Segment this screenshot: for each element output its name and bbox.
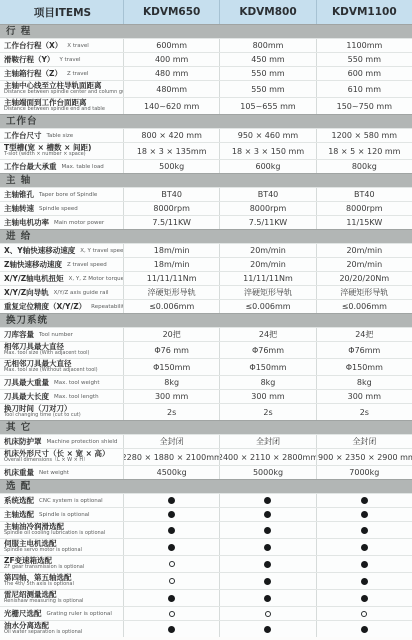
- row-label-en: Tool changing time (cut to cut): [4, 413, 81, 419]
- value-cell: 480mm: [123, 81, 219, 97]
- value-cell: Φ76 mm: [123, 342, 219, 358]
- spec-row: 无相邻刀具最大直径Max. tool size (Without adjacen…: [0, 358, 412, 375]
- value-cell: 400 mm: [123, 53, 219, 66]
- row-label: 第四轴、第五轴选配The 4th/ 5th axis is optional: [0, 573, 123, 589]
- spec-row: 系统选配CNC system is optional: [0, 493, 412, 507]
- spec-row: 主轴锥孔Taper bore of SpindleBT40BT40BT40: [0, 187, 412, 201]
- row-label: ZF变速箱选配ZF gear transmission is optional: [0, 556, 123, 572]
- row-label-en: X, Y travel speed: [80, 248, 123, 254]
- value-cell: 20把: [123, 328, 219, 341]
- value-cell: 8kg: [123, 376, 219, 389]
- option-cell: [316, 573, 412, 589]
- option-cell: [123, 621, 219, 637]
- section-band: 工作台: [0, 114, 412, 128]
- row-label: 主轴选配Spindle is optional: [0, 508, 123, 521]
- value-cell: 11/11/11Nm: [123, 272, 219, 285]
- row-label: 滑鞍行程（Y）Y travel: [0, 53, 123, 66]
- value-cell: 18m/min: [123, 258, 219, 271]
- row-label-zh: 主轴选配: [4, 509, 34, 520]
- option-cell: [316, 607, 412, 620]
- row-label: 工作台最大承重Max. table load: [0, 160, 123, 173]
- filled-dot-icon: [264, 527, 271, 534]
- row-label-en: Spindle servo motor is optional: [4, 548, 82, 554]
- option-cell: [123, 573, 219, 589]
- value-cell: 24把: [316, 328, 412, 341]
- value-cell: 淬硬矩形导轨: [123, 286, 219, 299]
- value-cell: 950 × 460 mm: [219, 129, 315, 142]
- row-label-en: Max. tool size (With adjacent tool): [4, 351, 89, 357]
- row-label-en: Max. tool size (Without adjacent tool): [4, 368, 98, 374]
- option-cell: [123, 556, 219, 572]
- row-label: 油水分离选配Oil water separation is optional: [0, 621, 123, 637]
- spec-row: 刀具最大长度Max. tool length300 mm300 mm300 mm: [0, 389, 412, 403]
- section-title: 进 给: [0, 232, 31, 242]
- row-label-zh: 工作台行程（X）: [4, 40, 62, 51]
- filled-dot-icon: [361, 626, 368, 633]
- spec-row: 主轴端面到工作台面距离Distance between spindle end …: [0, 97, 412, 114]
- option-cell: [316, 590, 412, 606]
- spec-row: 工作台尺寸Table size800 × 420 mm950 × 460 mm1…: [0, 128, 412, 142]
- row-label: 主轴油冷润滑选配Spindle oil cooling lubrication …: [0, 522, 123, 538]
- option-cell: [316, 621, 412, 637]
- row-label: 主轴锥孔Taper bore of Spindle: [0, 188, 123, 201]
- filled-dot-icon: [168, 511, 175, 518]
- value-cell: 8000rpm: [316, 202, 412, 215]
- spec-row: 主轴箱行程（Z）Z travel480 mm550 mm600 mm: [0, 66, 412, 80]
- row-label-en: Spindle is optional: [39, 512, 90, 518]
- section-title: 行 程: [0, 27, 31, 37]
- spec-row: 刀具最大重量Max. tool weight8kg8kg8kg: [0, 375, 412, 389]
- row-label-zh: 刀库容量: [4, 329, 34, 340]
- row-label-en: Z travel speed: [67, 262, 107, 268]
- filled-dot-icon: [361, 561, 368, 568]
- row-label: X、Y轴快速移动速度X, Y travel speed: [0, 244, 123, 257]
- row-label: 刀具最大长度Max. tool length: [0, 390, 123, 403]
- header-model-kdvm800: KDVM800: [219, 0, 315, 24]
- value-cell: 300 mm: [123, 390, 219, 403]
- spec-row: 工作台最大承重Max. table load500kg600kg800kg: [0, 159, 412, 173]
- filled-dot-icon: [361, 544, 368, 551]
- option-cell: [316, 556, 412, 572]
- filled-dot-icon: [264, 561, 271, 568]
- spec-row: 主轴中心线至立柱导轨面距离Distance between spindle ce…: [0, 80, 412, 97]
- row-label: 机床外形尺寸（长 × 宽 × 高）Overall dimensions（L × …: [0, 449, 123, 465]
- spec-row: 机床防护罩Machine protection shield全封闭全封闭全封闭: [0, 434, 412, 448]
- option-cell: [123, 539, 219, 555]
- value-cell: 550 mm: [316, 53, 412, 66]
- spec-row: 工作台行程（X）X travel600mm800mm1100mm: [0, 38, 412, 52]
- value-cell: 600mm: [123, 39, 219, 52]
- row-label-en: Max. tool length: [54, 394, 99, 400]
- row-label-zh: 主轴锥孔: [4, 189, 34, 200]
- option-cell: [219, 556, 315, 572]
- value-cell: Φ76mm: [219, 342, 315, 358]
- value-cell: BT40: [316, 188, 412, 201]
- spec-row: X、Y轴快速移动速度X, Y travel speed18m/min20m/mi…: [0, 243, 412, 257]
- option-cell: [219, 539, 315, 555]
- row-label-zh: 光栅尺选配: [4, 608, 42, 619]
- value-cell: 18 × 3 × 150 mm: [219, 143, 315, 159]
- spec-row: 伺服主电机选配Spindle servo motor is optional: [0, 538, 412, 555]
- row-label: 机床重量Net weight: [0, 466, 123, 479]
- section-band: 换刀系统: [0, 313, 412, 327]
- spec-row: 滑鞍行程（Y）Y travel400 mm450 mm550 mm: [0, 52, 412, 66]
- filled-dot-icon: [264, 595, 271, 602]
- row-label-en: Oil water separation is optional: [4, 630, 82, 636]
- machine-spec-sheet: 项目ITEMS KDVM650 KDVM800 KDVM1100 行 程工作台行…: [0, 0, 412, 640]
- value-cell: 2280 × 1880 × 2100mm: [123, 449, 219, 465]
- value-cell: 全封闭: [219, 435, 315, 448]
- section-title: 工作台: [0, 117, 38, 127]
- row-label-en: Max. tool weight: [54, 380, 100, 386]
- value-cell: 2s: [123, 404, 219, 420]
- row-label: Z轴快速移动速度Z travel speed: [0, 258, 123, 271]
- filled-dot-icon: [264, 578, 271, 585]
- section-title: 选 配: [0, 482, 31, 492]
- value-cell: 20m/min: [316, 258, 412, 271]
- row-label-en: Overall dimensions（L × W × H）: [4, 458, 88, 464]
- spec-row: X/Y/Z轴电机扭矩X, Y, Z Motor torque11/11/11Nm…: [0, 271, 412, 285]
- row-label-en: Table size: [47, 133, 74, 139]
- row-label-zh: 刀具最大重量: [4, 377, 49, 388]
- option-cell: [123, 590, 219, 606]
- value-cell: BT40: [123, 188, 219, 201]
- value-cell: Φ150mm: [316, 359, 412, 375]
- row-label-zh: 工作台最大承重: [4, 161, 57, 172]
- row-label: 刀具最大重量Max. tool weight: [0, 376, 123, 389]
- value-cell: BT40: [219, 188, 315, 201]
- value-cell: 4500kg: [123, 466, 219, 479]
- row-label-en: CNC system is optional: [39, 498, 103, 504]
- row-label: 刀库容量Tool number: [0, 328, 123, 341]
- spec-row: 机床外形尺寸（长 × 宽 × 高）Overall dimensions（L × …: [0, 448, 412, 465]
- value-cell: 600kg: [219, 160, 315, 173]
- row-label: 雷尼绍测量选配Renishaw measuring is optional: [0, 590, 123, 606]
- value-cell: 8kg: [316, 376, 412, 389]
- spec-row: 雷尼绍测量选配Renishaw measuring is optional: [0, 589, 412, 606]
- filled-dot-icon: [264, 626, 271, 633]
- row-label: 无相邻刀具最大直径Max. tool size (Without adjacen…: [0, 359, 123, 375]
- option-cell: [219, 621, 315, 637]
- value-cell: ≤0.006mm: [316, 300, 412, 313]
- row-label-en: Main motor power: [54, 220, 104, 226]
- section-title: 主 轴: [0, 176, 31, 186]
- row-label-zh: X、Y轴快速移动速度: [4, 245, 75, 256]
- spec-row: 主轴电机功率Main motor power7.5/11KW7.5/11KW11…: [0, 215, 412, 229]
- option-cell: [123, 607, 219, 620]
- row-label-en: ZF gear transmission is optional: [4, 565, 84, 571]
- option-cell: [316, 508, 412, 521]
- row-label-en: The 4th/ 5th axis is optional: [4, 582, 74, 588]
- row-label: 主轴转速Spindle speed: [0, 202, 123, 215]
- filled-dot-icon: [264, 497, 271, 504]
- option-cell: [316, 539, 412, 555]
- value-cell: 2s: [219, 404, 315, 420]
- spec-row: 相邻刀具最大直径Max. tool size (With adjacent to…: [0, 341, 412, 358]
- value-cell: ≤0.006mm: [219, 300, 315, 313]
- row-label-zh: 机床重量: [4, 467, 34, 478]
- value-cell: 800mm: [219, 39, 315, 52]
- section-band: 主 轴: [0, 173, 412, 187]
- row-label: 重复定位精度（X/Y/Z）Repeatability (X/Y/Z): [0, 300, 123, 313]
- value-cell: 480 mm: [123, 67, 219, 80]
- row-label-en: X travel: [67, 43, 88, 49]
- section-band: 其 它: [0, 420, 412, 434]
- row-label-en: Spindle oil cooling lubrication is optio…: [4, 531, 105, 537]
- row-label-en: Tool number: [39, 332, 73, 338]
- value-cell: 2900 × 2350 × 2900 mm: [316, 449, 412, 465]
- value-cell: 2400 × 2110 × 2800mm: [219, 449, 315, 465]
- row-label-zh: 系统选配: [4, 495, 34, 506]
- value-cell: 800 × 420 mm: [123, 129, 219, 142]
- row-label-zh: Z轴快速移动速度: [4, 259, 62, 270]
- row-label-en: Max. table load: [62, 164, 104, 170]
- value-cell: 1200 × 580 mm: [316, 129, 412, 142]
- section-band: 进 给: [0, 229, 412, 243]
- row-label-en: Grating ruler is optional: [47, 611, 112, 617]
- value-cell: Φ150mm: [219, 359, 315, 375]
- row-label-zh: 机床防护罩: [4, 436, 42, 447]
- filled-dot-icon: [264, 511, 271, 518]
- value-cell: 全封闭: [316, 435, 412, 448]
- row-label-zh: X/Y/Z向导轨: [4, 287, 49, 298]
- spec-row: Z轴快速移动速度Z travel speed18m/min20m/min20m/…: [0, 257, 412, 271]
- spec-row: 机床重量Net weight4500kg5000kg7000kg: [0, 465, 412, 479]
- section-title: 其 它: [0, 423, 31, 433]
- spec-row: 油水分离选配Oil water separation is optional: [0, 620, 412, 637]
- row-label-en: Repeatability (X/Y/Z): [91, 304, 123, 310]
- filled-dot-icon: [168, 527, 175, 534]
- row-label: 光栅尺选配Grating ruler is optional: [0, 607, 123, 620]
- filled-dot-icon: [168, 626, 175, 633]
- row-label: 系统选配CNC system is optional: [0, 494, 123, 507]
- value-cell: 105~655 mm: [219, 98, 315, 114]
- filled-dot-icon: [168, 595, 175, 602]
- value-cell: 2s: [316, 404, 412, 420]
- row-label-zh: 主轴转速: [4, 203, 34, 214]
- row-label-zh: 工作台尺寸: [4, 130, 42, 141]
- value-cell: 300 mm: [316, 390, 412, 403]
- value-cell: 24把: [219, 328, 315, 341]
- row-label-en: Machine protection shield: [47, 439, 118, 445]
- row-label: 主轴电机功率Main motor power: [0, 216, 123, 229]
- option-cell: [219, 573, 315, 589]
- spec-row: 换刀时间（刀对刀）Tool changing time (cut to cut)…: [0, 403, 412, 420]
- value-cell: 550 mm: [219, 81, 315, 97]
- table-header: 项目ITEMS KDVM650 KDVM800 KDVM1100: [0, 0, 412, 24]
- row-label-en: Distance between spindle end and table: [4, 107, 105, 113]
- value-cell: 11/15KW: [316, 216, 412, 229]
- spec-row: 主轴油冷润滑选配Spindle oil cooling lubrication …: [0, 521, 412, 538]
- header-items-label: 项目ITEMS: [0, 0, 123, 24]
- value-cell: 300 mm: [219, 390, 315, 403]
- option-cell: [219, 522, 315, 538]
- section-band: 行 程: [0, 24, 412, 38]
- filled-dot-icon: [361, 511, 368, 518]
- row-label: X/Y/Z向导轨X/Y/Z axis guide rail: [0, 286, 123, 299]
- open-dot-icon: [169, 561, 175, 567]
- row-label-en: Z travel: [67, 71, 88, 77]
- value-cell: 610 mm: [316, 81, 412, 97]
- row-label-en: T-slot (width × number × space): [4, 152, 86, 158]
- row-label-zh: 重复定位精度（X/Y/Z）: [4, 301, 86, 312]
- option-cell: [316, 494, 412, 507]
- header-model-kdvm650: KDVM650: [123, 0, 219, 24]
- filled-dot-icon: [264, 544, 271, 551]
- row-label: 主轴箱行程（Z）Z travel: [0, 67, 123, 80]
- filled-dot-icon: [361, 527, 368, 534]
- value-cell: 1100mm: [316, 39, 412, 52]
- option-cell: [219, 590, 315, 606]
- value-cell: 550 mm: [219, 67, 315, 80]
- value-cell: ≤0.006mm: [123, 300, 219, 313]
- row-label: 伺服主电机选配Spindle servo motor is optional: [0, 539, 123, 555]
- row-label-en: Renishaw measuring is optional: [4, 599, 83, 605]
- filled-dot-icon: [361, 497, 368, 504]
- header-model-kdvm1100: KDVM1100: [316, 0, 412, 24]
- value-cell: 11/11/11Nm: [219, 272, 315, 285]
- spec-row: 重复定位精度（X/Y/Z）Repeatability (X/Y/Z)≤0.006…: [0, 299, 412, 313]
- value-cell: 8kg: [219, 376, 315, 389]
- row-label-en: X, Y, Z Motor torque: [69, 276, 123, 282]
- value-cell: 18m/min: [123, 244, 219, 257]
- row-label-zh: 滑鞍行程（Y）: [4, 54, 54, 65]
- row-label: 工作台尺寸Table size: [0, 129, 123, 142]
- option-cell: [219, 508, 315, 521]
- row-label-en: Distance between spindle center and colu…: [4, 90, 123, 96]
- option-cell: [123, 494, 219, 507]
- option-cell: [316, 522, 412, 538]
- value-cell: 18 × 3 × 135mm: [123, 143, 219, 159]
- value-cell: 淬硬矩形导轨: [219, 286, 315, 299]
- value-cell: 7.5/11KW: [123, 216, 219, 229]
- spec-row: 光栅尺选配Grating ruler is optional: [0, 606, 412, 620]
- filled-dot-icon: [361, 578, 368, 585]
- open-dot-icon: [169, 578, 175, 584]
- section-title: 换刀系统: [0, 316, 48, 326]
- value-cell: Φ150mm: [123, 359, 219, 375]
- filled-dot-icon: [361, 595, 368, 602]
- row-label-zh: 刀具最大长度: [4, 391, 49, 402]
- value-cell: 600 mm: [316, 67, 412, 80]
- spec-row: 第四轴、第五轴选配The 4th/ 5th axis is optional: [0, 572, 412, 589]
- section-band: 选 配: [0, 479, 412, 493]
- row-label: 主轴中心线至立柱导轨面距离Distance between spindle ce…: [0, 81, 123, 97]
- value-cell: 淬硬矩形导轨: [316, 286, 412, 299]
- spec-row: 主轴转速Spindle speed8000rpm8000rpm8000rpm: [0, 201, 412, 215]
- spec-row: T型槽(宽 × 槽数 × 间距)T-slot (width × number ×…: [0, 142, 412, 159]
- option-cell: [219, 494, 315, 507]
- value-cell: 5000kg: [219, 466, 315, 479]
- spec-row: 刀库容量Tool number20把24把24把: [0, 327, 412, 341]
- row-label-en: Y travel: [59, 57, 80, 63]
- spec-row: ZF变速箱选配ZF gear transmission is optional: [0, 555, 412, 572]
- spec-row: X/Y/Z向导轨X/Y/Z axis guide rail淬硬矩形导轨淬硬矩形导…: [0, 285, 412, 299]
- value-cell: 20/20/20Nm: [316, 272, 412, 285]
- value-cell: 8000rpm: [123, 202, 219, 215]
- value-cell: 20m/min: [219, 244, 315, 257]
- row-label-zh: 主轴电机功率: [4, 217, 49, 228]
- row-label: 换刀时间（刀对刀）Tool changing time (cut to cut): [0, 404, 123, 420]
- option-cell: [123, 522, 219, 538]
- row-label: 工作台行程（X）X travel: [0, 39, 123, 52]
- value-cell: 7000kg: [316, 466, 412, 479]
- filled-dot-icon: [168, 497, 175, 504]
- value-cell: 20m/min: [219, 258, 315, 271]
- row-label-zh: 主轴箱行程（Z）: [4, 68, 62, 79]
- value-cell: 20m/min: [316, 244, 412, 257]
- row-label: 机床防护罩Machine protection shield: [0, 435, 123, 448]
- value-cell: 450 mm: [219, 53, 315, 66]
- row-label-en: Net weight: [39, 470, 69, 476]
- value-cell: 18 × 5 × 120 mm: [316, 143, 412, 159]
- row-label-en: Spindle speed: [39, 206, 78, 212]
- open-dot-icon: [169, 611, 175, 617]
- row-label-en: X/Y/Z axis guide rail: [54, 290, 109, 296]
- open-dot-icon: [361, 611, 367, 617]
- spec-row: 主轴选配Spindle is optional: [0, 507, 412, 521]
- option-cell: [123, 508, 219, 521]
- row-label: X/Y/Z轴电机扭矩X, Y, Z Motor torque: [0, 272, 123, 285]
- value-cell: 800kg: [316, 160, 412, 173]
- row-label: 主轴端面到工作台面距离Distance between spindle end …: [0, 98, 123, 114]
- value-cell: Φ76mm: [316, 342, 412, 358]
- filled-dot-icon: [168, 544, 175, 551]
- value-cell: 140~620 mm: [123, 98, 219, 114]
- row-label-zh: X/Y/Z轴电机扭矩: [4, 273, 64, 284]
- table-body: 行 程工作台行程（X）X travel600mm800mm1100mm滑鞍行程（…: [0, 24, 412, 637]
- value-cell: 8000rpm: [219, 202, 315, 215]
- row-label-en: Taper bore of Spindle: [39, 192, 97, 198]
- option-cell: [219, 607, 315, 620]
- row-label: T型槽(宽 × 槽数 × 间距)T-slot (width × number ×…: [0, 143, 123, 159]
- value-cell: 7.5/11KW: [219, 216, 315, 229]
- value-cell: 500kg: [123, 160, 219, 173]
- value-cell: 全封闭: [123, 435, 219, 448]
- value-cell: 150~750 mm: [316, 98, 412, 114]
- row-label: 相邻刀具最大直径Max. tool size (With adjacent to…: [0, 342, 123, 358]
- open-dot-icon: [265, 611, 271, 617]
